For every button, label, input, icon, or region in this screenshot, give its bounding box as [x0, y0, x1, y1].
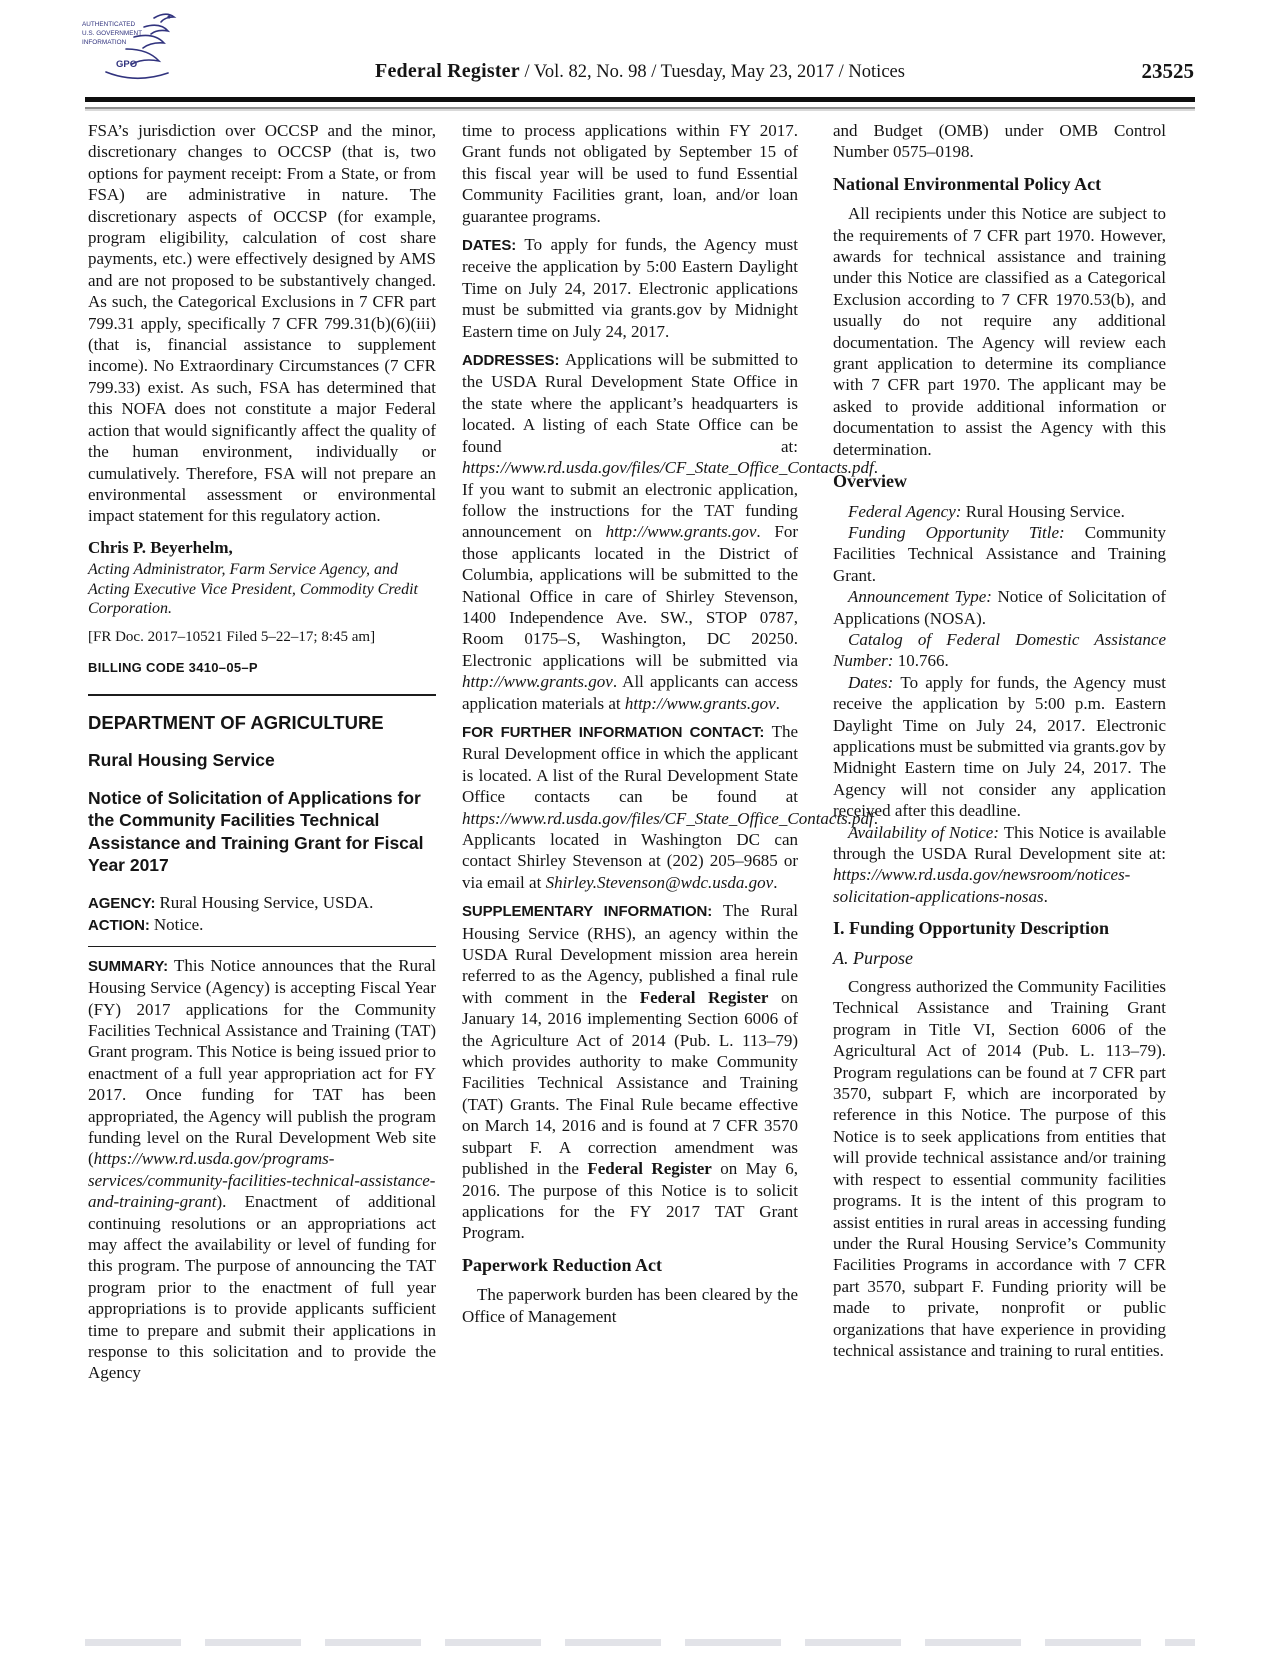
- action-label: ACTION:: [88, 917, 154, 934]
- text-run: I. Funding Opportunity Description: [833, 918, 1109, 938]
- column-right: and Budget (OMB) under OMB Control Numbe…: [833, 120, 1166, 1361]
- url-text: http://www.grants.gov: [462, 672, 613, 691]
- email-text: Shirley.Stevenson@wdc.usda.gov: [546, 873, 774, 892]
- logo-line1: AUTHENTICATED: [82, 21, 136, 28]
- gpo-eagle-icon: AUTHENTICATED U.S. GOVERNMENT INFORMATIO…: [76, 10, 196, 96]
- text-run: National Environmental Policy Act: [833, 174, 1101, 194]
- text-run: Congress authorized the Community Facili…: [833, 977, 1166, 1360]
- logo-line2: U.S. GOVERNMENT: [82, 30, 142, 37]
- notice-title: Notice of Solicitation of Applications f…: [88, 787, 436, 877]
- url-text: http://www.grants.gov: [625, 694, 776, 713]
- agency-label: AGENCY:: [88, 895, 159, 912]
- url-text: http://www.grants.gov: [606, 522, 757, 541]
- signature-title: Acting Administrator, Farm Service Agenc…: [88, 560, 436, 619]
- masthead-title: Federal Register: [375, 60, 520, 82]
- purpose-paragraph: Congress authorized the Community Facili…: [833, 976, 1166, 1361]
- supplementary-label: SUPPLEMENTARY INFORMATION:: [462, 903, 723, 920]
- supplementary-section: SUPPLEMENTARY INFORMATION: The Rural Hou…: [462, 900, 798, 1244]
- further-info-section: FOR FURTHER INFORMATION CONTACT: The Rur…: [462, 721, 798, 893]
- footer-divider: [85, 1639, 1195, 1646]
- agency-line: AGENCY: Rural Housing Service, USDA.: [88, 892, 436, 914]
- text-run: ). Enactment of additional continuing re…: [88, 1192, 436, 1382]
- summary-label: SUMMARY:: [88, 958, 174, 975]
- summary-section: SUMMARY: This Notice announces that the …: [88, 955, 436, 1384]
- overview-cfda-number: Catalog of Federal Domestic Assistance N…: [833, 629, 1166, 672]
- nepa-paragraph: All recipients under this Notice are sub…: [833, 203, 1166, 460]
- text-run: The paperwork burden has been cleared by…: [462, 1285, 798, 1325]
- text-run: 10.766.: [898, 651, 949, 670]
- overview-lead-in: Dates:: [848, 673, 900, 692]
- url-text: https://www.rd.usda.gov/newsroom/notices…: [833, 865, 1130, 905]
- text-run: All recipients under this Notice are sub…: [833, 204, 1166, 458]
- overview-lead-in: Catalog of Federal Domestic Assistance N…: [833, 630, 1166, 670]
- text-run: To apply for funds, the Agency must rece…: [833, 673, 1166, 820]
- text-run: Rural Housing Service, USDA.: [159, 893, 373, 912]
- further-info-label: FOR FURTHER INFORMATION CONTACT:: [462, 724, 772, 741]
- url-text: https://www.rd.usda.gov/files/CF_State_O…: [462, 458, 874, 477]
- overview-availability: Availability of Notice: This Notice is a…: [833, 822, 1166, 908]
- text-run: A. Purpose: [833, 948, 913, 968]
- text-run: DEPARTMENT OF AGRICULTURE: [88, 712, 384, 733]
- text-run: This Notice announces that the Rural Hou…: [88, 956, 436, 1169]
- text-run: . For those applicants located in the Di…: [462, 522, 798, 669]
- overview-federal-agency: Federal Agency: Rural Housing Service.: [833, 501, 1166, 522]
- billing-code: BILLING CODE 3410–05–P: [88, 657, 436, 678]
- overview-lead-in: Announcement Type:: [848, 587, 997, 606]
- section-divider: [88, 694, 436, 696]
- text-run: Notice.: [154, 915, 204, 934]
- masthead-rule-black: [85, 97, 1195, 102]
- federal-register-bold: Federal Register: [587, 1159, 712, 1178]
- heading-paperwork-reduction-act: Paperwork Reduction Act: [462, 1255, 798, 1276]
- agency-subheading: Rural Housing Service: [88, 749, 436, 772]
- text-run: Acting Administrator, Farm Service Agenc…: [88, 561, 418, 617]
- addresses-label: ADDRESSES:: [462, 352, 565, 369]
- text-run: FSA’s jurisdiction over OCCSP and the mi…: [88, 121, 436, 525]
- text-run: time to process applications within FY 2…: [462, 121, 798, 226]
- text-run: Notice of Solicitation of Applications f…: [88, 788, 424, 876]
- text-run: Overview: [833, 471, 907, 491]
- text-run: Paperwork Reduction Act: [462, 1255, 662, 1275]
- heading-funding-opportunity: I. Funding Opportunity Description: [833, 918, 1166, 939]
- body-paragraph-omb: and Budget (OMB) under OMB Control Numbe…: [833, 120, 1166, 163]
- summary-divider: [88, 946, 436, 947]
- signature-name: Chris P. Beyerhelm,: [88, 537, 436, 558]
- masthead-rule-gray: [85, 107, 1195, 109]
- paperwork-paragraph: The paperwork burden has been cleared by…: [462, 1284, 798, 1327]
- text-run: and Budget (OMB) under OMB Control Numbe…: [833, 121, 1166, 161]
- text-run: .: [1044, 887, 1048, 906]
- text-run: Rural Housing Service: [88, 750, 275, 770]
- text-run: BILLING CODE 3410–05–P: [88, 660, 258, 675]
- overview-funding-title: Funding Opportunity Title: Community Fac…: [833, 522, 1166, 586]
- logo-gpo-text: GPO: [116, 59, 137, 70]
- logo-line3: INFORMATION: [82, 39, 127, 46]
- column-left: FSA’s jurisdiction over OCCSP and the mi…: [88, 120, 436, 1384]
- overview-dates: Dates: To apply for funds, the Agency mu…: [833, 672, 1166, 822]
- masthead-volume-info: / Vol. 82, No. 98 / Tuesday, May 23, 201…: [520, 62, 905, 82]
- addresses-section: ADDRESSES: Applications will be submitte…: [462, 349, 798, 714]
- heading-nepa: National Environmental Policy Act: [833, 174, 1166, 195]
- heading-overview: Overview: [833, 471, 1166, 492]
- page-number: 23525: [1142, 59, 1195, 84]
- column-center: time to process applications within FY 2…: [462, 120, 798, 1327]
- text-run: Rural Housing Service.: [966, 502, 1125, 521]
- text-run: on January 14, 2016 implementing Section…: [462, 988, 798, 1178]
- masthead: Federal Register / Vol. 82, No. 98 / Tue…: [180, 60, 1100, 83]
- subheading-purpose: A. Purpose: [833, 948, 1166, 969]
- federal-register-bold: Federal Register: [640, 988, 769, 1007]
- overview-announcement-type: Announcement Type: Notice of Solicitatio…: [833, 586, 1166, 629]
- fr-doc-line: [FR Doc. 2017–10521 Filed 5–22–17; 8:45 …: [88, 627, 436, 648]
- dates-section: DATES: To apply for funds, the Agency mu…: [462, 234, 798, 342]
- overview-lead-in: Funding Opportunity Title:: [848, 523, 1085, 542]
- text-run: .: [776, 694, 780, 713]
- body-paragraph-continuation: time to process applications within FY 2…: [462, 120, 798, 227]
- text-run: Chris P. Beyerhelm,: [88, 538, 233, 557]
- body-paragraph-fsa: FSA’s jurisdiction over OCCSP and the mi…: [88, 120, 436, 527]
- url-text: https://www.rd.usda.gov/files/CF_State_O…: [462, 809, 874, 828]
- text-run: [FR Doc. 2017–10521 Filed 5–22–17; 8:45 …: [88, 629, 375, 645]
- department-heading: DEPARTMENT OF AGRICULTURE: [88, 711, 436, 734]
- dates-label: DATES:: [462, 237, 524, 254]
- federal-register-page: AUTHENTICATED U.S. GOVERNMENT INFORMATIO…: [0, 0, 1280, 1656]
- overview-lead-in: Availability of Notice:: [848, 823, 1004, 842]
- text-run: .: [773, 873, 777, 892]
- action-line: ACTION: Notice.: [88, 914, 436, 936]
- gpo-authenticated-logo: AUTHENTICATED U.S. GOVERNMENT INFORMATIO…: [76, 10, 196, 96]
- overview-lead-in: Federal Agency:: [848, 502, 966, 521]
